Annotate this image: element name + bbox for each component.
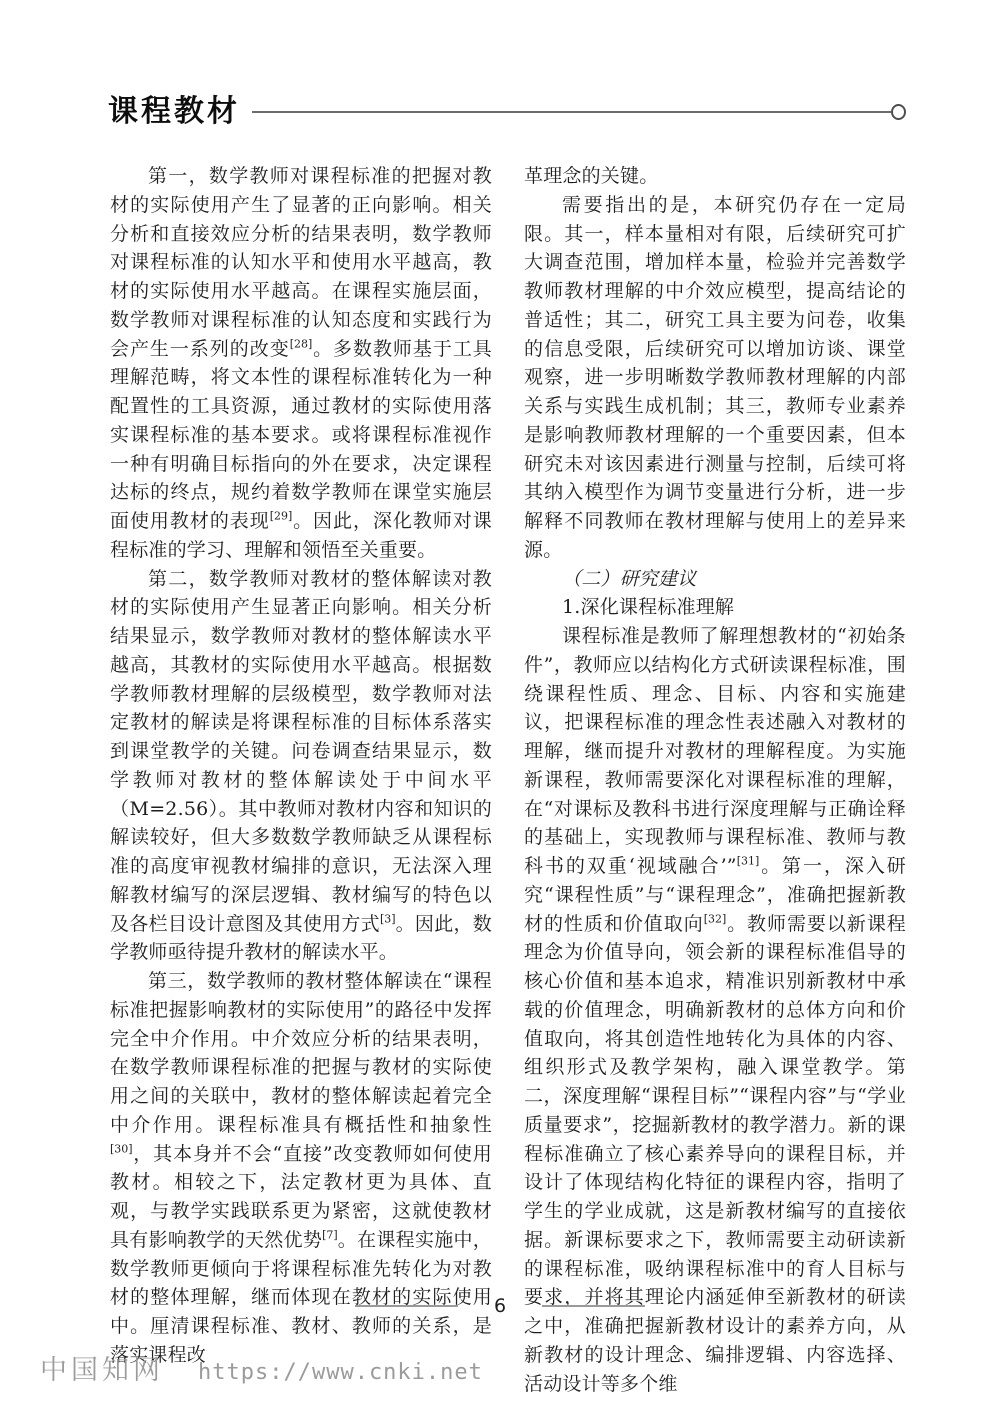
section-title: 课程教材 — [108, 95, 240, 129]
header-rule — [252, 111, 892, 113]
citation-ref: [29] — [270, 510, 293, 523]
citation-ref: [31] — [737, 855, 760, 868]
citation-ref: [7] — [322, 1228, 338, 1241]
citation-ref: [28] — [290, 337, 313, 350]
header-end-circle-icon — [891, 104, 906, 120]
paragraph-third-finding-continued: 革理念的关键。 — [524, 162, 906, 191]
page-header: 课程教材 — [108, 95, 906, 129]
left-column: 第一，数学教师对课程标准的把握对教材的实际使用产生了显著的正向影响。相关分析和直… — [110, 162, 492, 1398]
journal-page: 课程教材 第一，数学教师对课程标准的把握对教材的实际使用产生了显著的正向影响。相… — [0, 0, 1000, 1415]
heading-deepen-standard-understanding: 1.深化课程标准理解 — [524, 593, 906, 622]
paragraph-limitations: 需要指出的是，本研究仍存在一定局限。其一，样本量相对有限，后续研究可扩大调查范围… — [524, 191, 906, 565]
watermark-brand: 中国知网 — [40, 1348, 164, 1387]
citation-ref: [32] — [704, 912, 727, 925]
page-number-rule-right — [542, 1305, 645, 1307]
paragraph-suggestion-detail: 课程标准是教师了解理想教材的“初始条件”，教师应以结构化方式研读课程标准，围绕课… — [524, 622, 906, 1398]
watermark-url: https://www.cnki.net — [198, 1360, 483, 1385]
citation-ref: [3] — [380, 912, 396, 925]
page-number-rule-left — [355, 1305, 458, 1307]
article-body: 第一，数学教师对课程标准的把握对教材的实际使用产生了显著的正向影响。相关分析和直… — [110, 162, 906, 1398]
paragraph-second-finding: 第二，数学教师对教材的整体解读对教材的实际使用产生显著正向影响。相关分析结果显示… — [110, 565, 492, 968]
page-number-row: 6 — [0, 1295, 1000, 1317]
paragraph-first-finding: 第一，数学教师对课程标准的把握对教材的实际使用产生了显著的正向影响。相关分析和直… — [110, 162, 492, 565]
page-number: 6 — [494, 1295, 506, 1317]
right-column: 革理念的关键。需要指出的是，本研究仍存在一定局限。其一，样本量相对有限，后续研究… — [524, 162, 906, 1398]
citation-ref: [30] — [110, 1142, 133, 1155]
heading-research-suggestions: （二）研究建议 — [524, 565, 906, 594]
watermark: 中国知网 https://www.cnki.net — [40, 1348, 483, 1387]
